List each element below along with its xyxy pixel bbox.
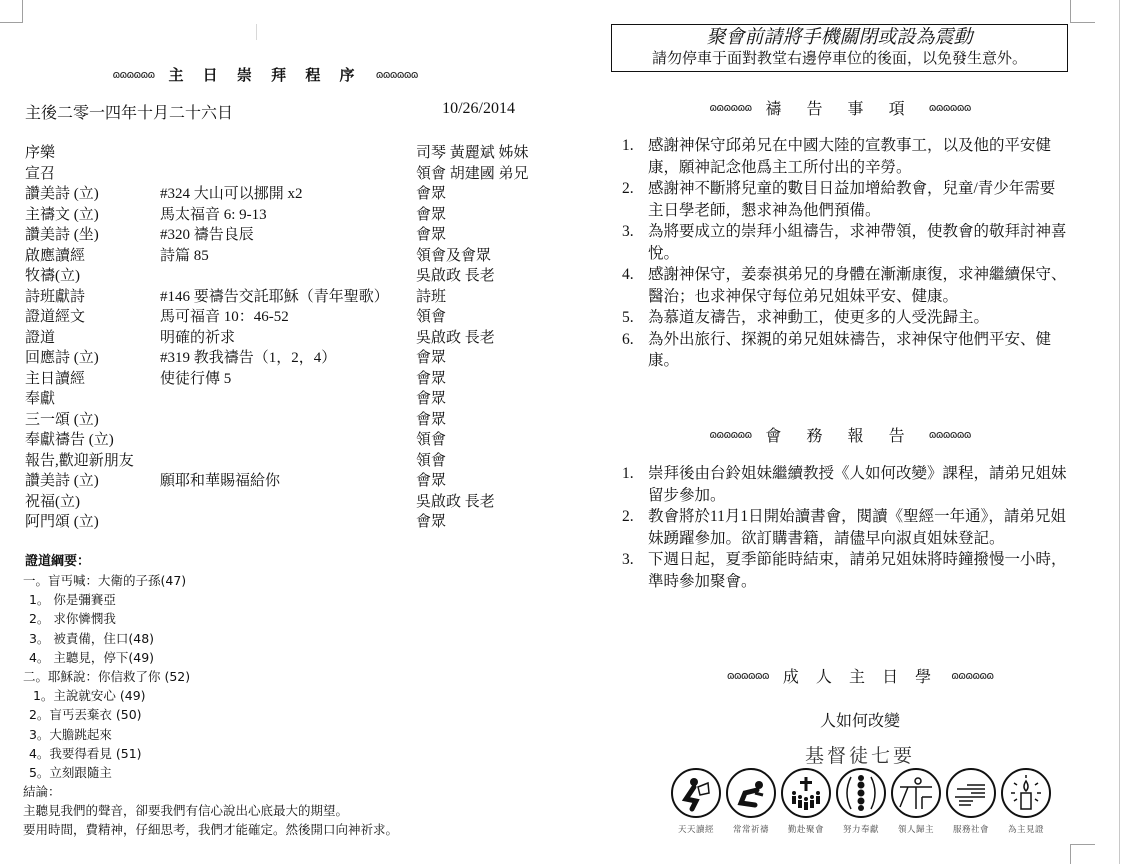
- program-content: 詩篇 85: [160, 246, 416, 267]
- program-content: 使徒行傳 5: [160, 369, 416, 390]
- program-content: [160, 410, 416, 431]
- item-number: 2.: [622, 506, 648, 549]
- program-row: 讚美詩 (坐)#320 禱告良辰會眾: [25, 225, 545, 246]
- prayer-item: 4.感謝神保守，姜泰祺弟兄的身體在漸漸康復，求神繼續保守、醫治；也求神保守每位弟…: [622, 264, 1067, 307]
- kneeling-prayer-icon: [726, 768, 776, 818]
- program-row: 奉獻禱告 (立)領會: [25, 430, 545, 451]
- announcement-item: 1.崇拜後由台鈴姐妹繼續教授《人如何改變》課程，請弟兄姐妹留步參加。: [622, 463, 1067, 506]
- program-item: 三一頌 (立): [25, 410, 160, 431]
- program-row: 主日讀經使徒行傳 5會眾: [25, 369, 545, 390]
- notice-parking: 請勿停車于面對教堂右邊停車位的後面，以免發生意外。: [612, 49, 1067, 69]
- essential-service: 服務社會: [944, 768, 998, 835]
- outline-line: 2。 求你憐憫我: [25, 609, 545, 628]
- program-content: 馬太福音 6: 9-13: [160, 205, 416, 226]
- prayer-item: 1.感謝神保守邱弟兄在中國大陸的宣教事工，以及他的平安健康，願神記念他爲主工所付…: [622, 135, 1067, 178]
- program-content: 願耶和華賜福給你: [160, 471, 416, 492]
- program-row: 讚美詩 (立)#324 大山可以挪開 x2會眾: [25, 184, 545, 205]
- program-item: 讚美詩 (立): [25, 471, 160, 492]
- prayer-item: 5.為慕道友禱告，求神動工，使更多的人受洗歸主。: [622, 307, 1067, 329]
- program-item: 奉獻: [25, 389, 160, 410]
- prayer-item: 3.為將要成立的崇拜小組禱告，求神帶領，使教會的敬拜討神喜悅。: [622, 221, 1067, 264]
- program-leader: 會眾: [416, 512, 545, 533]
- outline-line: 5。立刻跟隨主: [25, 763, 545, 782]
- program-item: 序樂: [25, 143, 160, 164]
- program-leader: 司琴 黃麗斌 姊妹: [416, 143, 545, 164]
- caption: 為主見證: [1008, 823, 1044, 835]
- program-leader: 會眾: [416, 471, 545, 492]
- program-leader: 吳啟政 長老: [416, 266, 545, 287]
- program-item: 宣召: [25, 164, 160, 185]
- outline-line: 4。我要得看見 (51): [25, 744, 545, 763]
- program-leader: 領會: [416, 451, 545, 472]
- program-row: 祝福(立)吳啟政 長老: [25, 492, 545, 513]
- program-row: 讚美詩 (立)願耶和華賜福給你會眾: [25, 471, 545, 492]
- crop-mark-top-right: [1070, 0, 1095, 23]
- essential-witness: 為主見證: [999, 768, 1053, 835]
- program-content: #324 大山可以挪開 x2: [160, 184, 416, 205]
- ornament-right-icon: ɷɷɷɷɷɷ: [929, 428, 971, 441]
- program-item: 主禱文 (立): [25, 205, 160, 226]
- sunday-school-title: 成 人 主 日 學: [783, 664, 937, 687]
- program-row: 奉獻會眾: [25, 389, 545, 410]
- outline-line: 1。 你是彌賽亞: [25, 590, 545, 609]
- caption: 努力奉獻: [843, 823, 879, 835]
- ornament-right-icon: ɷɷɷɷɷɷ: [376, 68, 418, 81]
- program-row: 報告,歡迎新朋友領會: [25, 451, 545, 472]
- essential-offering: 努力奉獻: [834, 768, 888, 835]
- program-leader: 領會: [416, 307, 545, 328]
- announcement-item: 3.下週日起，夏季節能時結束，請弟兄姐妹將時鐘撥慢一小時，準時參加聚會。: [622, 549, 1067, 592]
- item-text: 崇拜後由台鈴姐妹繼續教授《人如何改變》課程，請弟兄姐妹留步參加。: [648, 463, 1067, 506]
- item-text: 下週日起，夏季節能時結束，請弟兄姐妹將時鐘撥慢一小時，準時參加聚會。: [648, 549, 1067, 592]
- program-leader: 會眾: [416, 348, 545, 369]
- date-numeric: 10/26/2014: [442, 100, 515, 123]
- program-leader: 會眾: [416, 184, 545, 205]
- program-leader: 會眾: [416, 389, 545, 410]
- program-content: [160, 512, 416, 533]
- crop-mark-bottom-right: [1070, 844, 1095, 864]
- date-chinese: 主後二零一四年十月二十六日: [25, 100, 233, 123]
- outline-line: 主聽見我們的聲音，卻要我們有信心說出心底最大的期望。: [23, 801, 545, 820]
- program-leader: 會眾: [416, 205, 545, 226]
- program-row: 宣召領會 胡建國 弟兄: [25, 164, 545, 185]
- program-item: 讚美詩 (坐): [25, 225, 160, 246]
- item-number: 4.: [622, 264, 648, 307]
- program-item: 啟應讀經: [25, 246, 160, 267]
- lead-to-christ-icon: [891, 768, 941, 818]
- sermon-outline: 證道綱要： 一。盲丐喊：大衛的子孫(47) 1。 你是彌賽亞 2。 求你憐憫我 …: [25, 552, 545, 840]
- outline-line: 2。盲丐丟棄衣 (50): [25, 705, 545, 724]
- program-content: [160, 266, 416, 287]
- program-table: 序樂司琴 黃麗斌 姊妹 宣召領會 胡建國 弟兄 讚美詩 (立)#324 大山可以…: [25, 143, 545, 533]
- program-content: [160, 451, 416, 472]
- outline-line: 要用時間，費精神，仔細思考，我們才能確定。然後開口向神祈求。: [23, 820, 545, 839]
- program-leader: 會眾: [416, 369, 545, 390]
- ornament-left-icon: ɷɷɷɷɷɷ: [709, 428, 751, 441]
- reading-bible-icon: [671, 768, 721, 818]
- program-leader: 領會 胡建國 弟兄: [416, 164, 545, 185]
- program-item: 牧禱(立): [25, 266, 160, 287]
- item-number: 2.: [622, 178, 648, 221]
- program-leader: 會眾: [416, 225, 545, 246]
- program-content: 馬可福音 10：46-52: [160, 307, 416, 328]
- worship-program-page: ɷɷɷɷɷɷ 主 日 崇 拜 程 序 ɷɷɷɷɷɷ 主後二零一四年十月二十六日 …: [0, 0, 560, 864]
- caption: 常常祈禱: [733, 823, 769, 835]
- program-row: 牧禱(立)吳啟政 長老: [25, 266, 545, 287]
- congregation-cross-icon: [781, 768, 831, 818]
- serving-hands-icon: [946, 768, 996, 818]
- program-row: 阿門頌 (立)會眾: [25, 512, 545, 533]
- item-text: 教會將於11月1日開始讀書會，閱讀《聖經一年通》，請弟兄姐妹踴躍參加。欲訂購書籍…: [648, 506, 1067, 549]
- outline-line: 3。 被責備，住口(48): [25, 629, 545, 648]
- item-text: 感謝神不斷將兒童的數目日益加增給教會，兒童/青少年需要主日學老師，懇求神為他們預…: [648, 178, 1067, 221]
- program-row: 回應詩 (立)#319 教我禱告（1，2，4）會眾: [25, 348, 545, 369]
- program-leader: 領會: [416, 430, 545, 451]
- item-number: 1.: [622, 135, 648, 178]
- ornament-left-icon: ɷɷɷɷɷɷ: [709, 101, 751, 114]
- program-content: #319 教我禱告（1，2，4）: [160, 348, 416, 369]
- outline-line: 結論：: [23, 782, 545, 801]
- program-content: [160, 430, 416, 451]
- program-item: 證道經文: [25, 307, 160, 328]
- essential-prayer: 常常祈禱: [724, 768, 778, 835]
- ornament-right-icon: ɷɷɷɷɷɷ: [929, 101, 971, 114]
- sunday-school-heading: ɷɷɷɷɷɷ 成 人 主 日 學 ɷɷɷɷɷɷ: [660, 664, 1060, 687]
- prayer-title: 禱 告 事 項: [765, 96, 914, 119]
- item-number: 3.: [622, 221, 648, 264]
- program-row: 證道經文馬可福音 10：46-52領會: [25, 307, 545, 328]
- program-item: 阿門頌 (立): [25, 512, 160, 533]
- program-item: 證道: [25, 328, 160, 349]
- sermon-outline-heading: 證道綱要：: [25, 552, 545, 571]
- candle-light-icon: [1001, 768, 1051, 818]
- item-number: 5.: [622, 307, 648, 329]
- program-leader: 詩班: [416, 287, 545, 308]
- outline-line: 1。主說就安心 (49): [25, 686, 545, 705]
- caption: 領人歸主: [898, 823, 934, 835]
- essential-gathering: 勤赴聚會: [779, 768, 833, 835]
- program-item: 回應詩 (立): [25, 348, 160, 369]
- program-item: 報告,歡迎新朋友: [25, 451, 160, 472]
- program-content: [160, 492, 416, 513]
- prayer-list: 1.感謝神保守邱弟兄在中國大陸的宣教事工，以及他的平安健康，願神記念他爲主工所付…: [622, 135, 1067, 372]
- program-leader: 吳啟政 長老: [416, 328, 545, 349]
- program-content: [160, 389, 416, 410]
- ornament-left-icon: ɷɷɷɷɷɷ: [727, 669, 769, 682]
- caption: 勤赴聚會: [788, 823, 824, 835]
- notice-phone: 聚會前請將手機關閉或設為震動: [612, 25, 1067, 49]
- item-text: 為慕道友禱告，求神動工，使更多的人受洗歸主。: [648, 307, 1067, 329]
- outline-line: 4。 主聽見，停下(49): [25, 648, 545, 667]
- outline-line: 一。盲丐喊：大衛的子孫(47): [23, 571, 545, 590]
- page-edge-right: [1119, 0, 1120, 864]
- caption: 天天讀經: [678, 823, 714, 835]
- item-number: 6.: [622, 329, 648, 372]
- program-row: 證道明確的祈求吳啟政 長老: [25, 328, 545, 349]
- program-content: #320 禱告良辰: [160, 225, 416, 246]
- course-title: 人如何改變: [760, 708, 960, 731]
- item-number: 1.: [622, 463, 648, 506]
- item-text: 感謝神保守邱弟兄在中國大陸的宣教事工，以及他的平安健康，願神記念他爲主工所付出的…: [648, 135, 1067, 178]
- prayer-heading: ɷɷɷɷɷɷ 禱 告 事 項 ɷɷɷɷɷɷ: [640, 96, 1040, 119]
- ornament-left-icon: ɷɷɷɷɷɷ: [112, 68, 154, 81]
- caption: 服務社會: [953, 823, 989, 835]
- item-text: 為將要成立的崇拜小組禱告，求神帶領，使教會的敬拜討神喜悅。: [648, 221, 1067, 264]
- item-number: 3.: [622, 549, 648, 592]
- program-content: 明確的祈求: [160, 328, 416, 349]
- program-row: 詩班獻詩#146 要禱告交託耶穌（青年聖歌）詩班: [25, 287, 545, 308]
- program-leader: 領會及會眾: [416, 246, 545, 267]
- essential-evangelism: 領人歸主: [889, 768, 943, 835]
- program-item: 詩班獻詩: [25, 287, 160, 308]
- essential-reading: 天天讀經: [669, 768, 723, 835]
- worship-program-heading: ɷɷɷɷɷɷ 主 日 崇 拜 程 序 ɷɷɷɷɷɷ: [100, 64, 430, 85]
- date-row: 主後二零一四年十月二十六日 10/26/2014: [25, 100, 515, 123]
- program-item: 主日讀經: [25, 369, 160, 390]
- program-row: 序樂司琴 黃麗斌 姊妹: [25, 143, 545, 164]
- announcements-heading: ɷɷɷɷɷɷ 會 務 報 告 ɷɷɷɷɷɷ: [640, 423, 1040, 446]
- program-content: [160, 164, 416, 185]
- program-leader: 吳啟政 長老: [416, 492, 545, 513]
- announcements-title: 會 務 報 告: [765, 423, 914, 446]
- notice-box: 聚會前請將手機關閉或設為震動 請勿停車于面對教堂右邊停車位的後面，以免發生意外。: [611, 24, 1068, 72]
- item-text: 為外出旅行、探親的弟兄姐妹禱告，求神保守他們平安、健康。: [648, 329, 1067, 372]
- outline-line: 3。大膽跳起來: [25, 725, 545, 744]
- program-content: #146 要禱告交託耶穌（青年聖歌）: [160, 287, 416, 308]
- seven-essentials-icons: 天天讀經 常常祈禱 勤赴聚會 努力奉獻 領人歸主 服務社會 為主見證: [669, 768, 1053, 835]
- outline-line: 二。耶穌說：你信救了你 (52): [23, 667, 545, 686]
- program-row: 三一頌 (立)會眾: [25, 410, 545, 431]
- program-item: 祝福(立): [25, 492, 160, 513]
- program-content: [160, 143, 416, 164]
- prayer-item: 2.感謝神不斷將兒童的數目日益加增給教會，兒童/青少年需要主日學老師，懇求神為他…: [622, 178, 1067, 221]
- item-text: 感謝神保守，姜泰祺弟兄的身體在漸漸康復，求神繼續保守、醫治；也求神保守每位弟兄姐…: [648, 264, 1067, 307]
- program-leader: 會眾: [416, 410, 545, 431]
- announcements-list: 1.崇拜後由台鈴姐妹繼續教授《人如何改變》課程，請弟兄姐妹留步參加。 2.教會將…: [622, 463, 1067, 592]
- program-row: 主禱文 (立)馬太福音 6: 9-13會眾: [25, 205, 545, 226]
- ornament-right-icon: ɷɷɷɷɷɷ: [951, 669, 993, 682]
- prayer-item: 6.為外出旅行、探親的弟兄姐妹禱告，求神保守他們平安、健康。: [622, 329, 1067, 372]
- section-title: 主 日 崇 拜 程 序: [168, 64, 361, 85]
- program-item: 讚美詩 (立): [25, 184, 160, 205]
- fish-offering-icon: [836, 768, 886, 818]
- program-row: 啟應讀經詩篇 85領會及會眾: [25, 246, 545, 267]
- program-item: 奉獻禱告 (立): [25, 430, 160, 451]
- seven-essentials-title: 基督徒七要: [760, 741, 960, 768]
- announcement-item: 2.教會將於11月1日開始讀書會，閱讀《聖經一年通》，請弟兄姐妹踴躍參加。欲訂購…: [622, 506, 1067, 549]
